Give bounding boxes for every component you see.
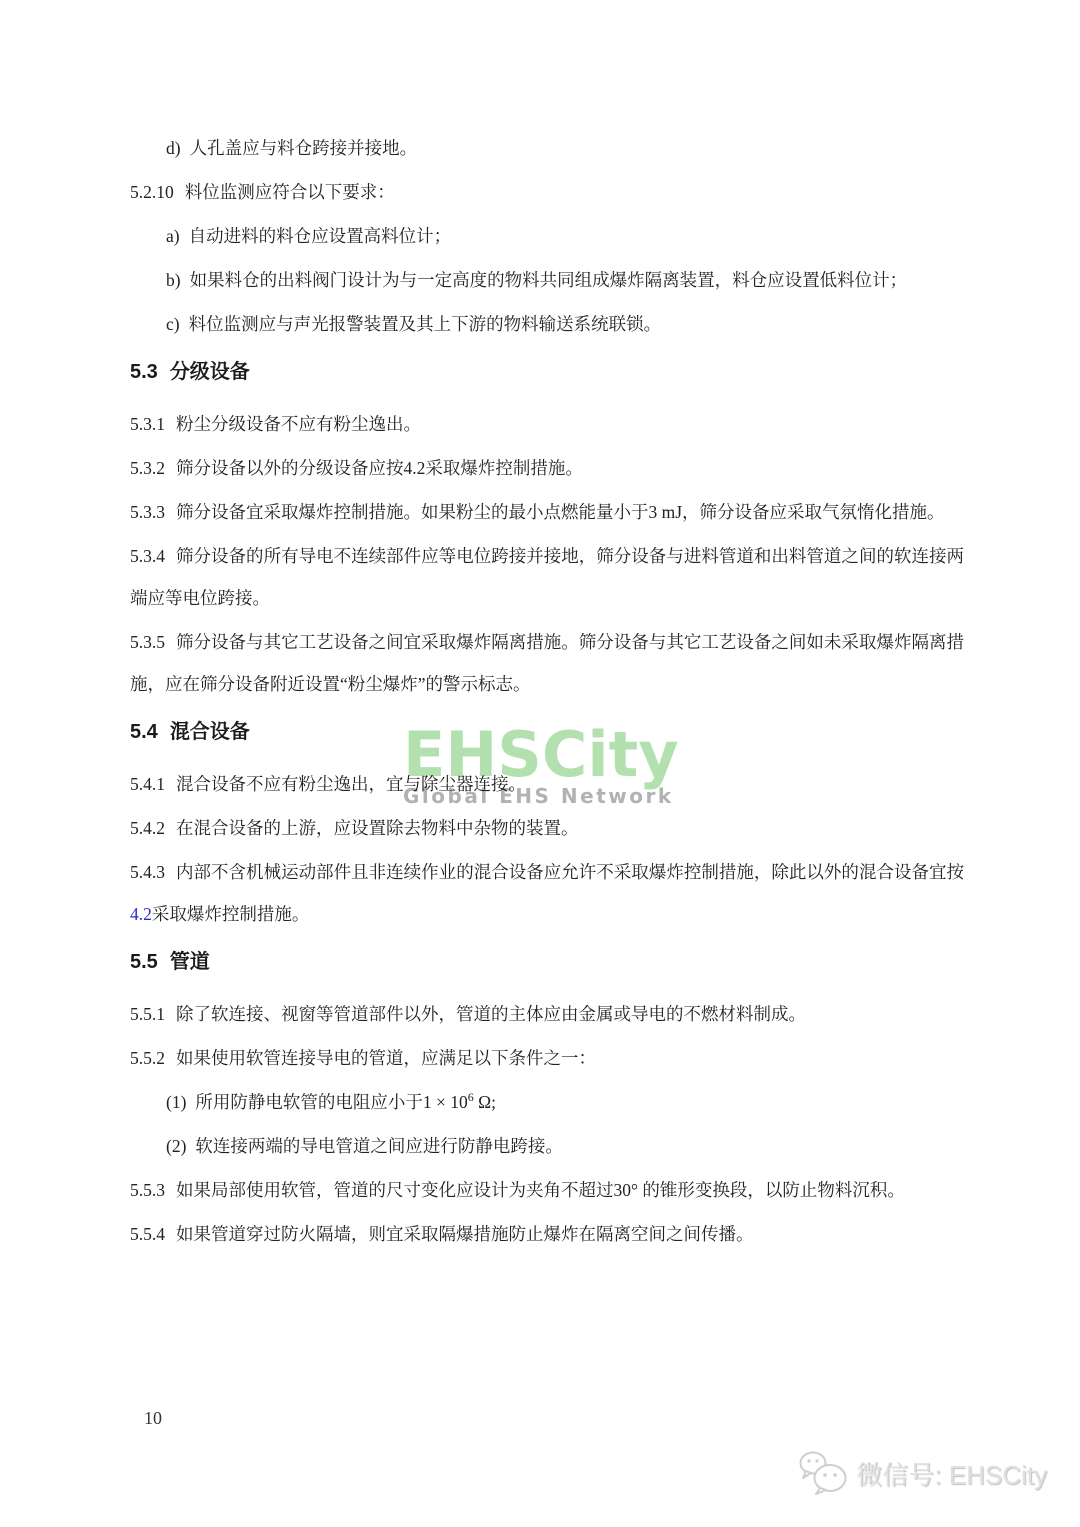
wechat-label: 微信号: EHSCity <box>856 1455 1047 1492</box>
clause-text: 内部不含机械运动部件且非连续作业的混合设备应允许不采取爆炸控制措施，除此以外的混… <box>176 862 964 882</box>
list-item-b: b)如果料仓的出料阀门设计为与一定高度的物料共同组成爆炸隔离装置，料仓应设置低料… <box>130 259 964 301</box>
clause-5-5-2: 5.5.2如果使用软管连接导电的管道，应满足以下条件之一： <box>130 1037 964 1079</box>
clause-text: 在混合设备的上游，应设置除去物料中杂物的装置。 <box>176 818 579 838</box>
item-label: d) <box>166 138 190 158</box>
clause-number: 5.3.4 <box>130 546 176 566</box>
clause-number: 5.4.3 <box>130 862 176 882</box>
section-title: 管道 <box>170 951 210 973</box>
section-heading-5-5: 5.5管道 <box>130 945 964 979</box>
clause-text: 料位监测应符合以下要求： <box>185 182 395 202</box>
clause-number: 5.4.1 <box>130 774 176 794</box>
clause-5-4-1: 5.4.1混合设备不应有粉尘逸出，宜与除尘器连接。 <box>130 763 964 805</box>
clause-5-5-1: 5.5.1除了软连接、视窗等管道部件以外，管道的主体应由金属或导电的不燃材料制成… <box>130 993 964 1035</box>
list-item-d: d)人孔盖应与料仓跨接并接地。 <box>130 127 964 169</box>
condition-item-2: (2)软连接两端的导电管道之间应进行防静电跨接。 <box>130 1125 964 1167</box>
clause-5-3-5: 5.3.5筛分设备与其它工艺设备之间宜采取爆炸隔离措施。筛分设备与其它工艺设备之… <box>130 621 964 705</box>
page-number: 10 <box>144 1408 162 1429</box>
wechat-icon <box>798 1450 850 1496</box>
clause-text: 粉尘分级设备不应有粉尘逸出。 <box>176 414 421 434</box>
cross-reference-link-4-2[interactable]: 4.2 <box>130 904 152 924</box>
list-item-c: c)料位监测应与声光报警装置及其上下游的物料输送系统联锁。 <box>130 303 964 345</box>
item-label: (2) <box>166 1136 195 1156</box>
section-title: 分级设备 <box>170 361 250 383</box>
clause-number: 5.3.2 <box>130 458 176 478</box>
clause-number: 5.5.4 <box>130 1224 176 1244</box>
clause-number: 5.3.5 <box>130 632 176 652</box>
clause-text: 筛分设备的所有导电不连续部件应等电位跨接并接地，筛分设备与进料管道和出料管道之间… <box>130 546 964 608</box>
item-label: a) <box>166 226 189 246</box>
item-text: 软连接两端的导电管道之间应进行防静电跨接。 <box>195 1136 563 1156</box>
clause-5-4-2: 5.4.2在混合设备的上游，应设置除去物料中杂物的装置。 <box>130 807 964 849</box>
section-heading-5-4: 5.4混合设备 <box>130 715 964 749</box>
item-text: 自动进料的料仓应设置高料位计； <box>189 226 452 246</box>
clause-5-3-2: 5.3.2筛分设备以外的分级设备应按4.2采取爆炸控制措施。 <box>130 447 964 489</box>
section-number: 5.5 <box>130 951 170 973</box>
list-item-a: a)自动进料的料仓应设置高料位计； <box>130 215 964 257</box>
clause-number: 5.5.2 <box>130 1048 176 1068</box>
item-label: b) <box>166 270 190 290</box>
clause-text: 筛分设备宜采取爆炸控制措施。如果粉尘的最小点燃能量小于3 mJ，筛分设备应采取气… <box>176 502 945 522</box>
document-content: d)人孔盖应与料仓跨接并接地。 5.2.10料位监测应符合以下要求： a)自动进… <box>130 127 964 1257</box>
item-label: (1) <box>166 1092 195 1112</box>
clause-text: 筛分设备与其它工艺设备之间宜采取爆炸隔离措施。筛分设备与其它工艺设备之间如未采取… <box>130 632 964 694</box>
document-page: EHSCity Global EHS Network d)人孔盖应与料仓跨接并接… <box>0 0 1080 1527</box>
clause-text: 除了软连接、视窗等管道部件以外，管道的主体应由金属或导电的不燃材料制成。 <box>176 1004 806 1024</box>
clause-5-5-3: 5.5.3如果局部使用软管，管道的尺寸变化应设计为夹角不超过30° 的锥形变换段… <box>130 1169 964 1211</box>
condition-item-1: (1)所用防静电软管的电阻应小于1 × 106 Ω; <box>130 1081 964 1123</box>
wechat-footer: 微信号: EHSCity <box>798 1450 1047 1496</box>
clause-text: 如果管道穿过防火隔墙，则宜采取隔爆措施防止爆炸在隔离空间之间传播。 <box>176 1224 754 1244</box>
clause-number: 5.3.1 <box>130 414 176 434</box>
section-number: 5.3 <box>130 361 170 383</box>
item-text: 如果料仓的出料阀门设计为与一定高度的物料共同组成爆炸隔离装置，料仓应设置低料位计… <box>190 270 908 290</box>
section-number: 5.4 <box>130 721 170 743</box>
clause-5-4-3: 5.4.3内部不含机械运动部件且非连续作业的混合设备应允许不采取爆炸控制措施，除… <box>130 851 964 935</box>
clause-text: 筛分设备以外的分级设备应按4.2采取爆炸控制措施。 <box>176 458 583 478</box>
clause-number: 5.2.10 <box>130 182 185 202</box>
item-label: c) <box>166 314 189 334</box>
clause-5-3-4: 5.3.4筛分设备的所有导电不连续部件应等电位跨接并接地，筛分设备与进料管道和出… <box>130 535 964 619</box>
clause-number: 5.4.2 <box>130 818 176 838</box>
clause-text: 混合设备不应有粉尘逸出，宜与除尘器连接。 <box>176 774 526 794</box>
item-text: 人孔盖应与料仓跨接并接地。 <box>190 138 418 158</box>
item-text: 料位监测应与声光报警装置及其上下游的物料输送系统联锁。 <box>189 314 662 334</box>
clause-text: 如果使用软管连接导电的管道，应满足以下条件之一： <box>176 1048 596 1068</box>
section-heading-5-3: 5.3分级设备 <box>130 355 964 389</box>
clause-number: 5.5.3 <box>130 1180 176 1200</box>
clause-5-3-1: 5.3.1粉尘分级设备不应有粉尘逸出。 <box>130 403 964 445</box>
clause-number: 5.3.3 <box>130 502 176 522</box>
clause-text: 如果局部使用软管，管道的尺寸变化应设计为夹角不超过30° 的锥形变换段，以防止物… <box>176 1180 905 1200</box>
clause-text: 采取爆炸控制措施。 <box>152 904 310 924</box>
item-text: Ω; <box>474 1092 496 1112</box>
clause-5-3-3: 5.3.3筛分设备宜采取爆炸控制措施。如果粉尘的最小点燃能量小于3 mJ，筛分设… <box>130 491 964 533</box>
section-title: 混合设备 <box>170 721 250 743</box>
item-text: 所用防静电软管的电阻应小于1 × 10 <box>195 1092 467 1112</box>
clause-number: 5.5.1 <box>130 1004 176 1024</box>
clause-5-5-4: 5.5.4如果管道穿过防火隔墙，则宜采取隔爆措施防止爆炸在隔离空间之间传播。 <box>130 1213 964 1255</box>
clause-5-2-10: 5.2.10料位监测应符合以下要求： <box>130 171 964 213</box>
